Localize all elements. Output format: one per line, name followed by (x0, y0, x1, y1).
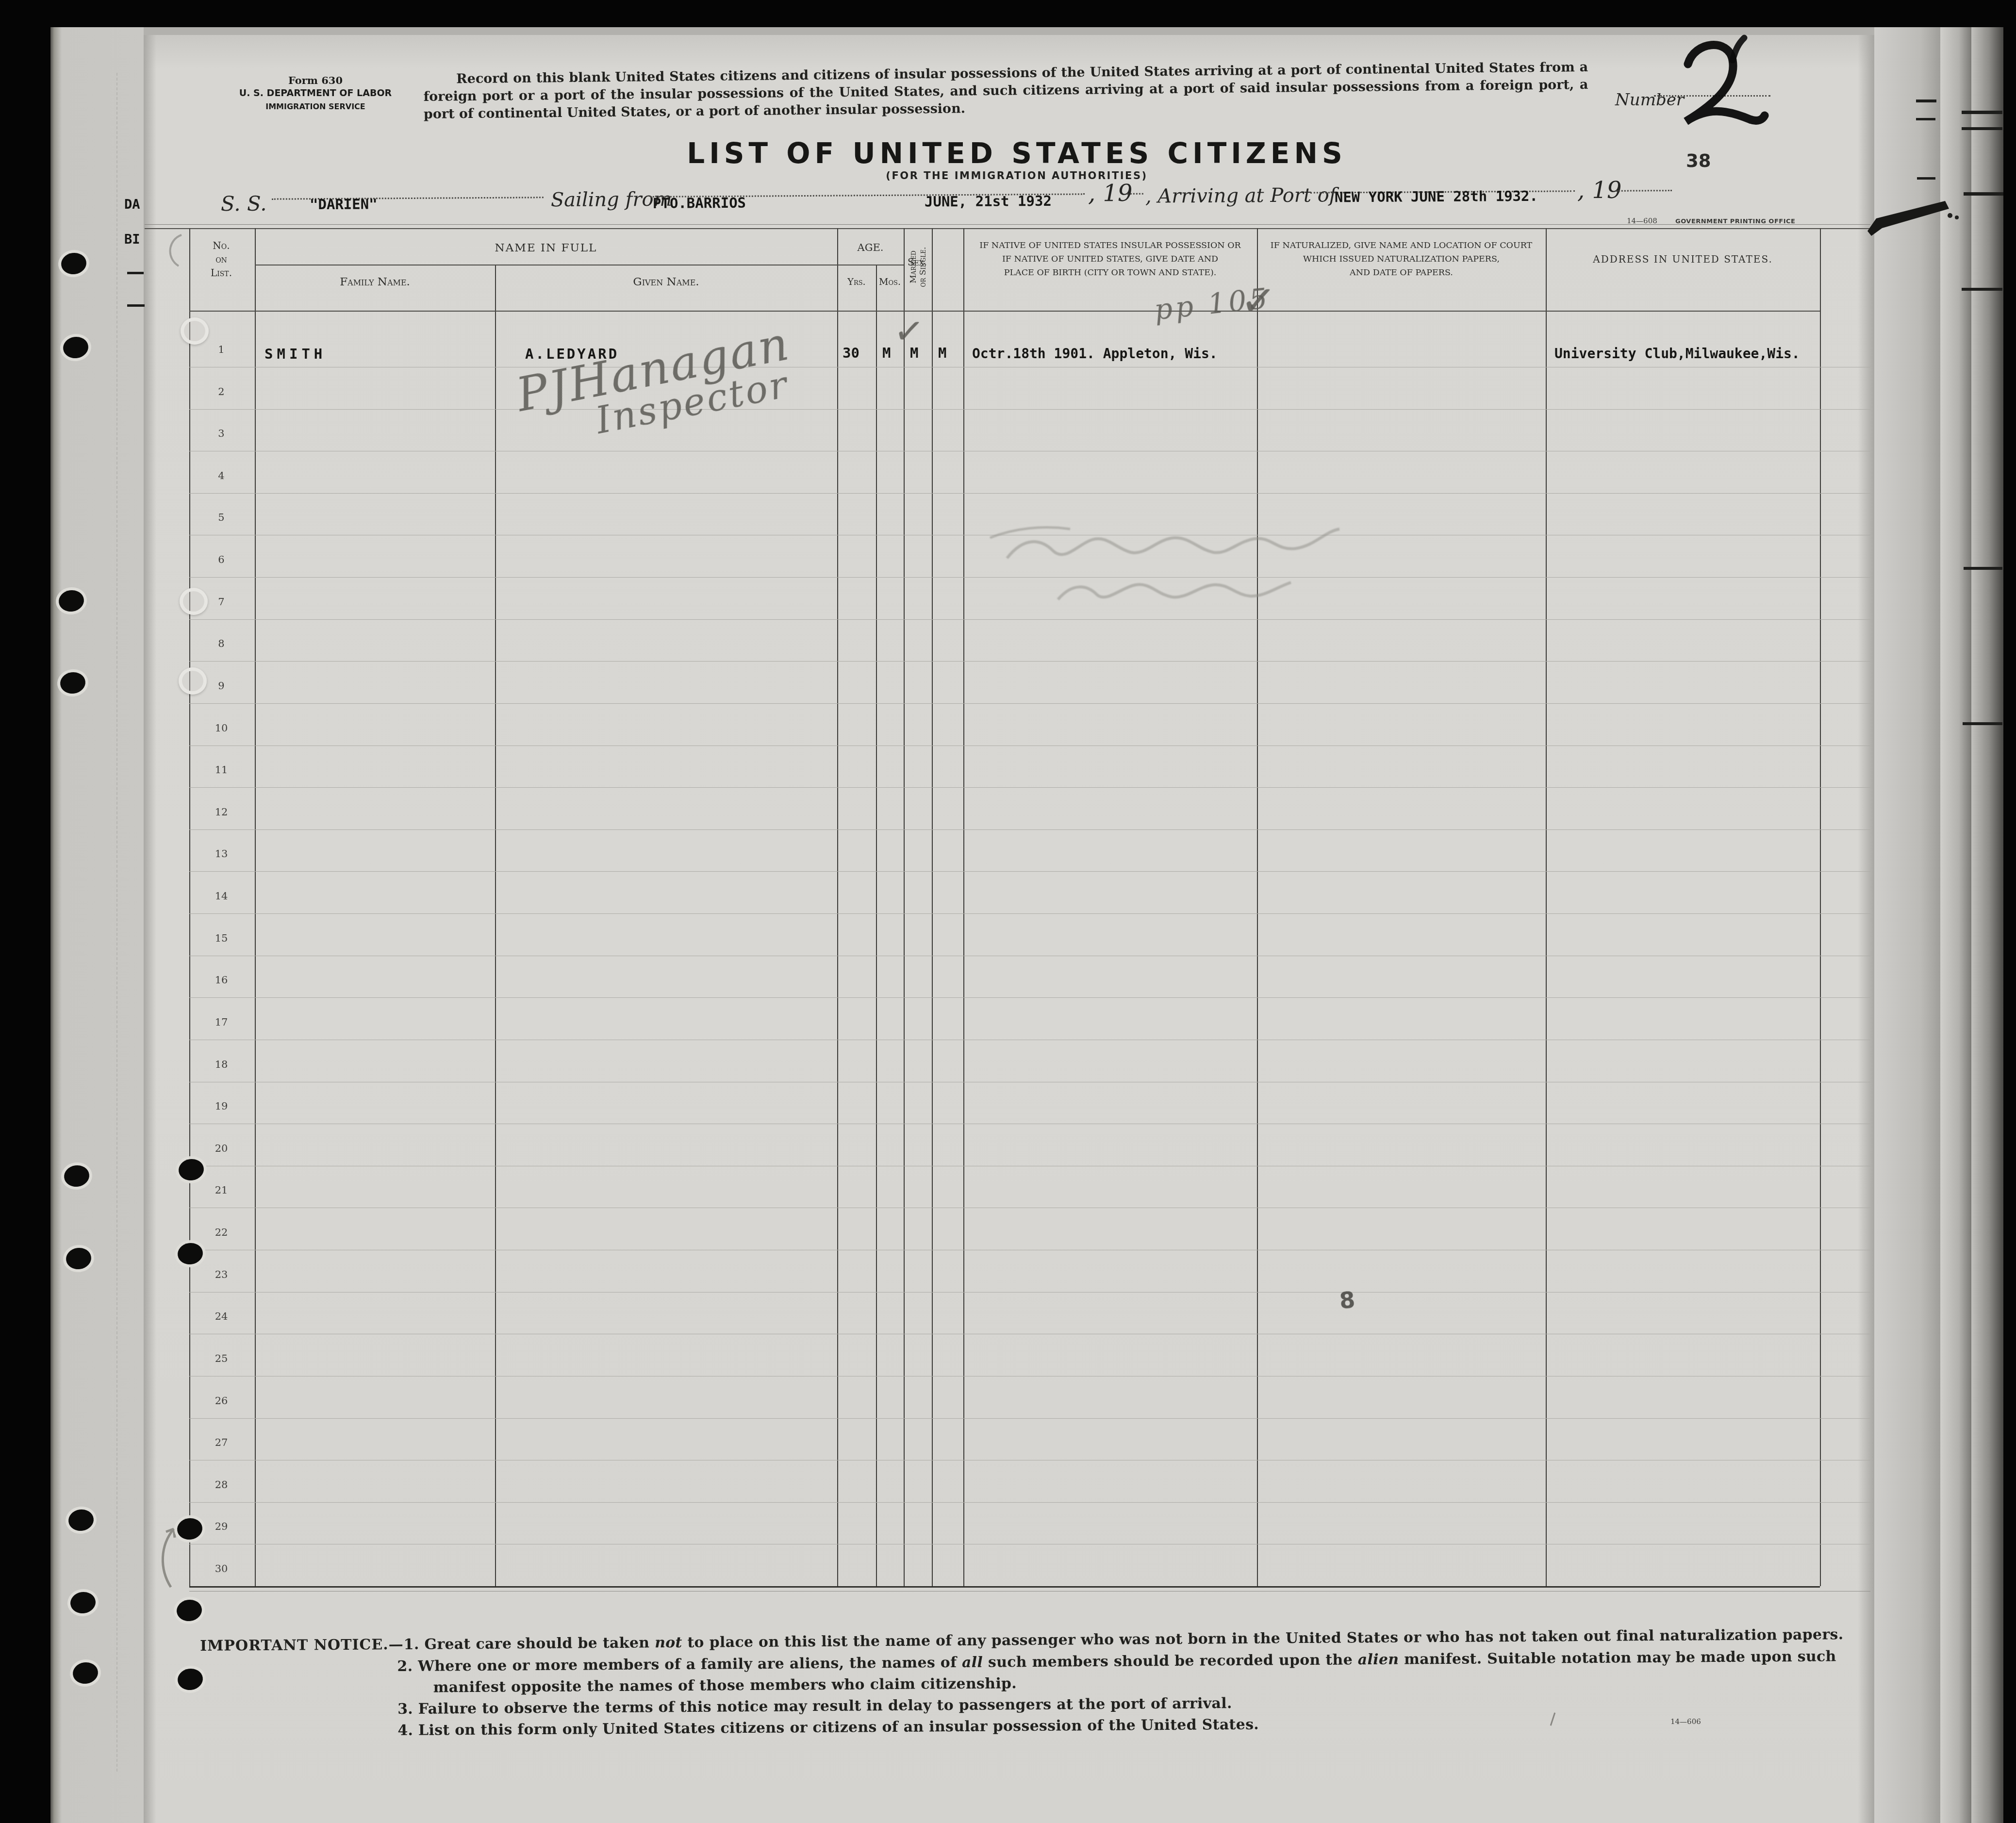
table-body: 1234567891011121314151617181920212223242… (0, 0, 2016, 1823)
row-rule (189, 1040, 1870, 1040)
cell-birth: Octr.18th 1901. Appleton, Wis. (972, 346, 1218, 362)
row-rule (189, 1334, 1870, 1334)
stamp-eight: 8 (1338, 1287, 1356, 1314)
row-rule (189, 1460, 1870, 1460)
cell-family-name: SMITH (264, 346, 326, 362)
row-number: 28 (190, 1479, 252, 1491)
notice-text: all (962, 1654, 983, 1671)
row-number: 15 (190, 932, 252, 944)
row-number: 6 (190, 554, 252, 565)
row-rule (189, 703, 1870, 704)
notice-text: 3. Failure to observe the terms of this … (397, 1695, 1232, 1718)
row-rule (189, 493, 1870, 494)
print-through-dash (1962, 288, 2002, 291)
scanned-manifest-page: DA BI Form 630 U. S. DEPARTMENT OF LABOR… (0, 0, 2016, 1823)
row-rule (189, 661, 1870, 662)
row-rule (189, 1166, 1870, 1166)
important-notice: IMPORTANT NOTICE.—1. Great care should b… (194, 1624, 1874, 1757)
checkmark-pp: ✓ (1239, 275, 1278, 327)
row-rule (189, 871, 1870, 872)
row-rule (189, 956, 1870, 956)
row-number: 23 (190, 1269, 252, 1280)
row-number: 25 (190, 1353, 252, 1364)
notice-line: 3. Failure to observe the terms of this … (397, 1695, 1232, 1718)
row-number: 13 (190, 848, 252, 860)
row-number: 3 (190, 428, 252, 439)
row-rule (189, 913, 1870, 914)
row-rule (189, 409, 1870, 410)
row-rule (189, 1544, 1870, 1544)
print-through-dash (1963, 722, 2002, 725)
row-rule (189, 1124, 1870, 1124)
row-number: 12 (190, 806, 252, 818)
row-rule (189, 1250, 1870, 1250)
notice-text: manifest opposite the names of those mem… (433, 1675, 1017, 1696)
row-number: 26 (190, 1395, 252, 1407)
print-through-dash (1916, 99, 1936, 102)
notice-text: manifest. Suitable notation may be made … (1399, 1648, 1836, 1668)
row-rule (189, 1376, 1870, 1376)
row-rule (189, 997, 1870, 998)
notice-label: IMPORTANT NOTICE.— (200, 1636, 404, 1655)
notice-text: alien (1358, 1651, 1399, 1669)
notice-line: 2. Where one or more members of a family… (397, 1648, 1836, 1675)
row-number: 14 (190, 890, 252, 902)
row-number: 30 (190, 1563, 252, 1574)
hole-punch-ring (180, 588, 208, 615)
print-through-dash (1964, 567, 2002, 570)
row-number: 21 (190, 1184, 252, 1196)
notice-text: 1. Great care should be taken (404, 1634, 655, 1653)
cell-age-mos: M (882, 345, 891, 361)
row-number: 2 (190, 386, 252, 398)
row-rule (189, 367, 1870, 367)
row-number: 17 (190, 1016, 252, 1028)
row-rule (189, 1082, 1870, 1082)
hole-punch-ring (181, 317, 209, 345)
row-rule (189, 1292, 1870, 1293)
row-number: 19 (190, 1100, 252, 1112)
hole-punch-ring (179, 667, 207, 695)
cell-married: M (938, 345, 946, 361)
faint-pencil-note (985, 510, 1364, 621)
row-number: 24 (190, 1310, 252, 1322)
table-bottom-rule-2 (189, 1591, 1870, 1591)
row-number: 4 (190, 470, 252, 481)
print-through-dash (1962, 127, 2002, 130)
notice-text: 2. Where one or more members of a family… (397, 1654, 962, 1675)
row-rule (189, 746, 1870, 746)
table-bottom-rule-1 (189, 1586, 1820, 1588)
print-through-dash (1964, 192, 2003, 196)
dark-edge-mark (1864, 189, 1961, 243)
row-number: 16 (190, 974, 252, 986)
print-through-dash (1916, 118, 1935, 120)
row-rule (189, 829, 1870, 830)
row-number: 20 (190, 1143, 252, 1154)
row-rule (189, 787, 1870, 788)
row-number: 1 (190, 344, 252, 355)
row-number: 5 (190, 512, 252, 523)
row-number: 10 (190, 722, 252, 734)
notice-text: such members should be recorded upon the (983, 1651, 1358, 1671)
notice-text: not (655, 1634, 682, 1651)
row-rule (189, 451, 1870, 451)
row-rule (189, 1502, 1870, 1503)
pencil-c-mark (162, 232, 191, 271)
row-number: 18 (190, 1059, 252, 1070)
cell-address: University Club,Milwaukee,Wis. (1554, 346, 1800, 362)
row-rule (189, 1208, 1870, 1208)
notice-text: 4. List on this form only United States … (397, 1716, 1259, 1739)
row-number: 27 (190, 1437, 252, 1448)
row-rule (189, 1418, 1870, 1419)
checkmark-sex: ✓ (892, 309, 926, 354)
cell-age-yrs: 30 (843, 345, 859, 361)
print-through-dash (1962, 111, 2002, 114)
row-number: 22 (190, 1226, 252, 1238)
row-number: 8 (190, 638, 252, 649)
print-code-bottom: 14—606 (1670, 1717, 1701, 1726)
notice-line: 4. List on this form only United States … (397, 1716, 1259, 1739)
print-through-dash (1917, 177, 1935, 180)
notice-line: manifest opposite the names of those mem… (433, 1675, 1017, 1696)
row-number: 11 (190, 764, 252, 776)
